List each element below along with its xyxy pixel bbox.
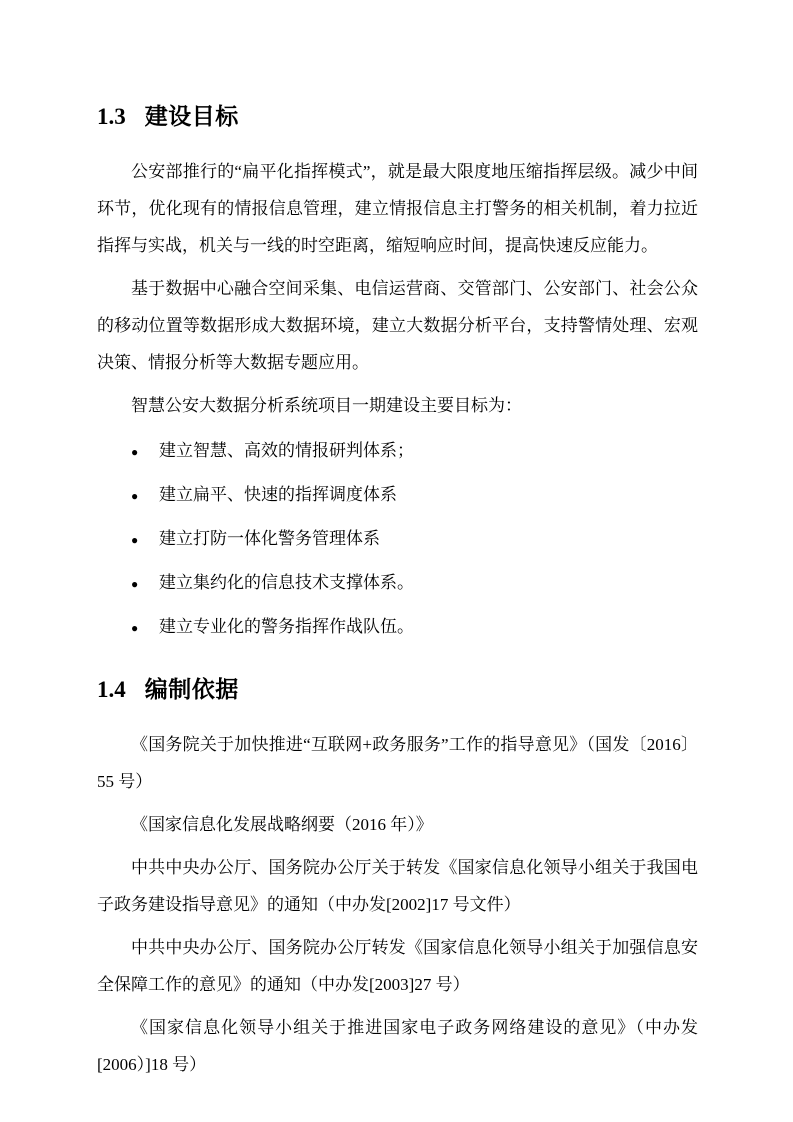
heading-number: 1.4 bbox=[97, 677, 126, 702]
list-item: ● 建立智慧、高效的情报研判体系； bbox=[97, 432, 698, 471]
list-item-text: 建立集约化的信息技术支撑体系。 bbox=[159, 564, 698, 602]
list-item-text: 建立扁平、快速的指挥调度体系 bbox=[159, 476, 698, 514]
goal-bullet-list: ● 建立智慧、高效的情报研判体系； ● 建立扁平、快速的指挥调度体系 ● 建立打… bbox=[97, 432, 698, 647]
paragraph: 基于数据中心融合空间采集、电信运营商、交管部门、公安部门、社会公众的移动位置等数… bbox=[97, 270, 698, 381]
list-item: ● 建立专业化的警务指挥作战队伍。 bbox=[97, 608, 698, 647]
bullet-icon: ● bbox=[131, 477, 159, 515]
list-item: ● 建立打防一体化警务管理体系 bbox=[97, 520, 698, 559]
paragraph: 《国家信息化发展战略纲要（2016 年）》 bbox=[97, 806, 698, 843]
heading-title: 编制依据 bbox=[145, 676, 239, 702]
list-item-text: 建立专业化的警务指挥作战队伍。 bbox=[159, 608, 698, 646]
list-item: ● 建立扁平、快速的指挥调度体系 bbox=[97, 476, 698, 515]
paragraph: 智慧公安大数据分析系统项目一期建设主要目标为： bbox=[97, 387, 698, 424]
bullet-icon: ● bbox=[131, 565, 159, 603]
bullet-icon: ● bbox=[131, 521, 159, 559]
bullet-icon: ● bbox=[131, 609, 159, 647]
paragraph: 《国务院关于加快推进“互联网+政务服务”工作的指导意见》（国发〔2016〕55 … bbox=[97, 726, 698, 800]
paragraph: 中共中央办公厅、国务院办公厅转发《国家信息化领导小组关于加强信息安全保障工作的意… bbox=[97, 929, 698, 1003]
paragraph: 《国家信息化领导小组关于推进国家电子政务网络建设的意见》（中办发[2006）]1… bbox=[97, 1009, 698, 1083]
paragraph: 公安部推行的“扁平化指挥模式”，就是最大限度地压缩指挥层级。减少中间环节，优化现… bbox=[97, 153, 698, 264]
document-page: 1.3建设目标 公安部推行的“扁平化指挥模式”，就是最大限度地压缩指挥层级。减少… bbox=[0, 0, 793, 1122]
list-item-text: 建立打防一体化警务管理体系 bbox=[159, 520, 698, 558]
heading-title: 建设目标 bbox=[145, 103, 239, 129]
heading-number: 1.3 bbox=[97, 104, 126, 129]
section-heading-1-3: 1.3建设目标 bbox=[97, 100, 698, 133]
paragraph: 中共中央办公厅、国务院办公厅关于转发《国家信息化领导小组关于我国电子政务建设指导… bbox=[97, 849, 698, 923]
list-item: ● 建立集约化的信息技术支撑体系。 bbox=[97, 564, 698, 603]
bullet-icon: ● bbox=[131, 433, 159, 471]
section-heading-1-4: 1.4编制依据 bbox=[97, 673, 698, 706]
list-item-text: 建立智慧、高效的情报研判体系； bbox=[159, 432, 698, 470]
